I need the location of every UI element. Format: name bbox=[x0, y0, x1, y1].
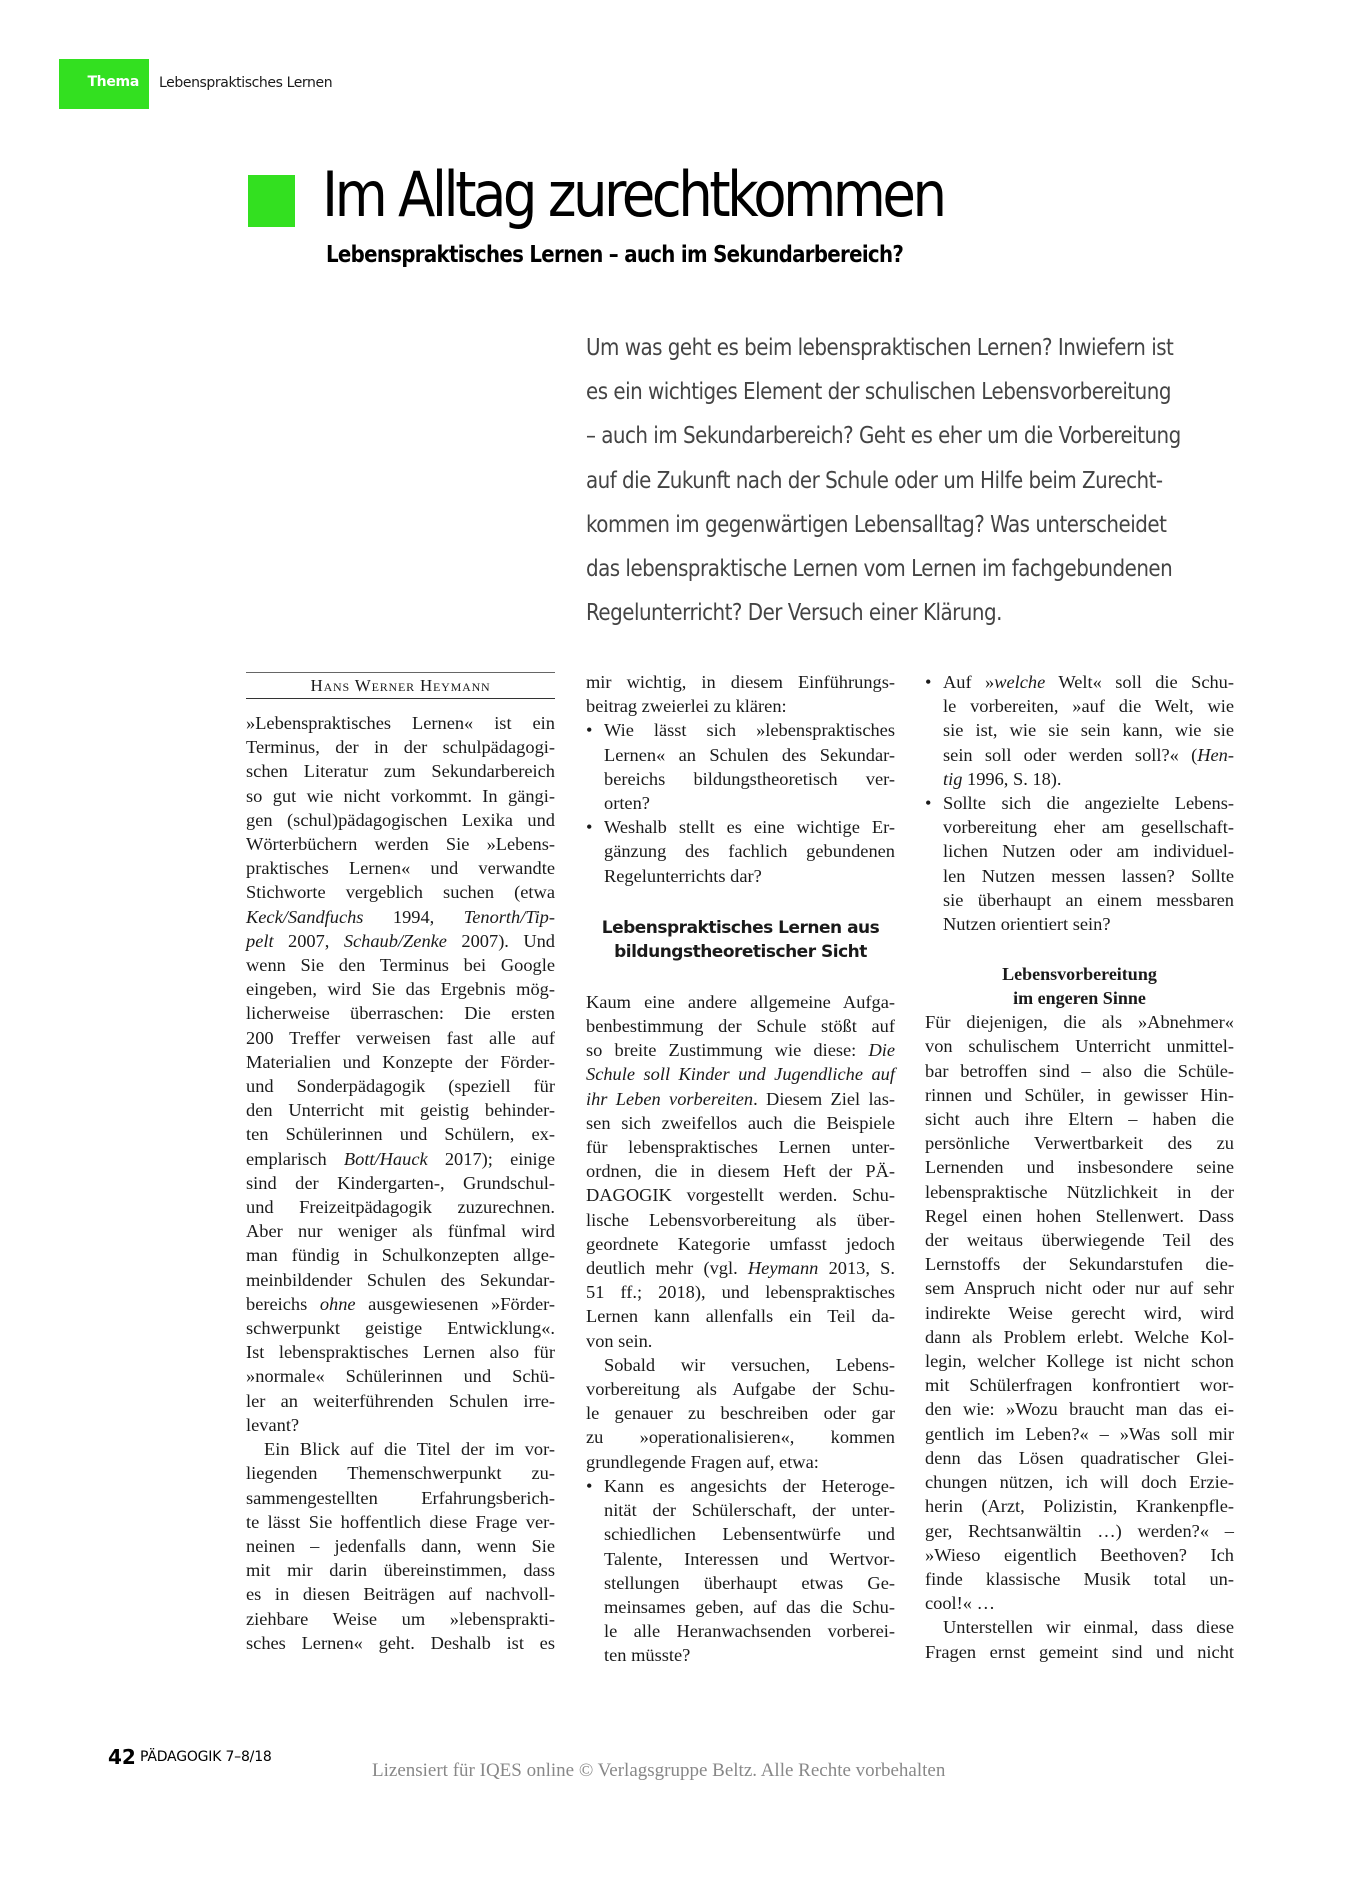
text-line: 51 ff.; 2018), und lebenspraktisches bbox=[586, 1280, 895, 1304]
text-line: meinsames geben, auf das die Schu- bbox=[604, 1595, 895, 1619]
text: Auf » bbox=[943, 672, 994, 692]
section-heading-line: Lebenspraktisches Lernen aus bbox=[586, 916, 895, 940]
bullet-icon: • bbox=[925, 791, 931, 815]
text-line: Nutzen orientiert sein? bbox=[943, 912, 1234, 936]
text-line: Lernstoffs der Sekundarstufen die- bbox=[925, 1252, 1234, 1276]
text-line: dann als Problem erlebt. Welche Kol- bbox=[925, 1325, 1234, 1349]
text-line: ziehbare Weise um »lebensprakti- bbox=[246, 1607, 555, 1631]
section-heading-line: bildungstheoretischer Sicht bbox=[586, 940, 895, 964]
list-item: • Wie lässt sich »lebenspraktisches Lern… bbox=[586, 718, 895, 815]
paragraph: Für diejenigen, die als »Abnehmer« von s… bbox=[925, 1010, 1234, 1615]
text-line: lebenspraktische Nützlichkeit in der bbox=[925, 1180, 1234, 1204]
text-line: Aber nur weniger als fünfmal wird bbox=[246, 1219, 555, 1243]
text-line: Sollte sich die angezielte Lebens- bbox=[943, 791, 1234, 815]
article-column-1: Hans Werner Heymann »Lebenspraktisches L… bbox=[246, 672, 555, 1655]
citation: tig bbox=[943, 769, 962, 789]
text-line: bereichs ohne ausgewiesenen »Förder- bbox=[246, 1292, 555, 1316]
title-square-icon bbox=[248, 175, 295, 227]
section-heading-line: im engeren Sinne bbox=[925, 986, 1234, 1010]
text-line: lische Lebensvorbereitung als über- bbox=[586, 1208, 895, 1232]
text: deutlich mehr (vgl. bbox=[586, 1258, 748, 1278]
text-line: indirekte Weise gerecht wird, wird bbox=[925, 1301, 1234, 1325]
text-line: Lernen kann allenfalls ein Teil da- bbox=[586, 1304, 895, 1328]
page-number: 42 bbox=[108, 1745, 136, 1769]
citation: Tenorth/Tip- bbox=[464, 907, 555, 927]
text-line: Ein Blick auf die Titel der im vor- bbox=[246, 1437, 555, 1461]
text-line: für lebenspraktisches Lernen unter- bbox=[586, 1135, 895, 1159]
text: emplarisch bbox=[246, 1149, 344, 1169]
text-line: legin, welcher Kollege ist nicht schon bbox=[925, 1349, 1234, 1373]
bullet-icon: • bbox=[925, 670, 931, 694]
text: sein soll oder werden soll?« ( bbox=[943, 745, 1197, 765]
text-line: zu »operationalisieren«, kommen bbox=[586, 1425, 895, 1449]
lead-line: Um was geht es beim lebenspraktischen Le… bbox=[586, 326, 1174, 370]
bullet-icon: • bbox=[586, 1474, 592, 1498]
text-line: mit Schülerfragen konfrontiert wor- bbox=[925, 1373, 1234, 1397]
lead-line: – auch im Sekundarbereich? Geht es eher … bbox=[586, 414, 1174, 458]
text-line: und Freizeitpädagogik zuzurechnen. bbox=[246, 1195, 555, 1219]
text-line: Kann es angesichts der Heteroge- bbox=[604, 1474, 895, 1498]
text-line: so gut wie nicht vorkommt. In gängi- bbox=[246, 784, 555, 808]
section-heading: Lebensvorbereitung im engeren Sinne bbox=[925, 962, 1234, 1010]
text-line: sein soll oder werden soll?« (Hen- bbox=[943, 743, 1234, 767]
license-notice: Lizensiert für IQES online © Verlagsgrup… bbox=[372, 1760, 945, 1782]
text-line: Lernenden und insbesondere seine bbox=[925, 1155, 1234, 1179]
text-line: stellungen überhaupt etwas Ge- bbox=[604, 1571, 895, 1595]
text-line: Keck/Sandfuchs 1994, Tenorth/Tip- bbox=[246, 905, 555, 929]
lead-line: kommen im gegenwärtigen Lebensalltag? Wa… bbox=[586, 503, 1174, 547]
text-line: beitrag zweierlei zu klären: bbox=[586, 694, 895, 718]
text-line: vorbereitung eher am gesellschaft- bbox=[943, 815, 1234, 839]
lead-line: das lebenspraktische Lernen vom Lernen i… bbox=[586, 547, 1174, 591]
text-line: Wie lässt sich »lebenspraktisches bbox=[604, 718, 895, 742]
text-line: sicht auch ihre Eltern – haben die bbox=[925, 1107, 1234, 1131]
section-tag: Thema bbox=[59, 59, 149, 109]
lead-line: es ein wichtiges Element der schulischen… bbox=[586, 370, 1174, 414]
text-line: schiedlichen Lebensentwürfe und bbox=[604, 1522, 895, 1546]
paragraph: Ein Blick auf die Titel der im vor- lieg… bbox=[246, 1437, 555, 1655]
text-line: finde klassische Musik total un- bbox=[925, 1567, 1234, 1591]
text-line: so breite Zustimmung wie diese: Die bbox=[586, 1038, 895, 1062]
text-line: ihr Leben vorbereiten. Diesem Ziel las- bbox=[586, 1087, 895, 1111]
bullet-list: • Wie lässt sich »lebenspraktisches Lern… bbox=[586, 718, 895, 887]
emphasis: Die bbox=[868, 1040, 895, 1060]
text-line: deutlich mehr (vgl. Heymann 2013, S. bbox=[586, 1256, 895, 1280]
text-line: le vorbereiten, »auf die Welt, wie bbox=[943, 694, 1234, 718]
text-line: emplarisch Bott/Hauck 2017); einige bbox=[246, 1147, 555, 1171]
emphasis: ohne bbox=[320, 1294, 356, 1314]
text-line: ler an weiterführenden Schulen irre- bbox=[246, 1389, 555, 1413]
text-line: denn das Lösen quadratischer Glei- bbox=[925, 1446, 1234, 1470]
text-line: meinbildender Schulen des Sekundar- bbox=[246, 1268, 555, 1292]
article-title: Im Alltag zurechtkommen bbox=[322, 158, 944, 231]
article-column-2: mir wichtig, in diesem Einführungs- beit… bbox=[586, 670, 895, 1668]
text: 2017); einige bbox=[428, 1149, 555, 1169]
text-line: sen sich zweifellos auch die Beispiele bbox=[586, 1111, 895, 1135]
citation: Hen- bbox=[1197, 745, 1234, 765]
text-line: DAGOGIK vorgestellt werden. Schu- bbox=[586, 1183, 895, 1207]
text-line: Materialien und Konzepte der Förder- bbox=[246, 1050, 555, 1074]
citation: Heymann bbox=[748, 1258, 818, 1278]
text-line: licherweise überraschen: Die ersten bbox=[246, 1001, 555, 1025]
text-line: sie ist, wie sie sein kann, wie sie bbox=[943, 718, 1234, 742]
text: 1994, bbox=[363, 907, 463, 927]
text-line: geordnete Kategorie umfasst jedoch bbox=[586, 1232, 895, 1256]
text-line: Lernen« an Schulen des Sekundar- bbox=[604, 743, 895, 767]
text-line: Kaum eine andere allgemeine Aufga- bbox=[586, 990, 895, 1014]
text: 2007, bbox=[274, 931, 344, 951]
text-line: sem Anspruch nicht oder nur auf sehr bbox=[925, 1276, 1234, 1300]
text-line: len Nutzen messen lassen? Sollte bbox=[943, 864, 1234, 888]
text-line: cool!« … bbox=[925, 1591, 1234, 1615]
article-subtitle: Lebenspraktisches Lernen – auch im Sekun… bbox=[326, 242, 903, 268]
text-line: neinen – jedenfalls dann, wenn Sie bbox=[246, 1534, 555, 1558]
text-line: wenn Sie den Terminus bei Google bbox=[246, 953, 555, 977]
article-lead: Um was geht es beim lebenspraktischen Le… bbox=[586, 326, 1266, 635]
text-line: von schulischem Unterricht unmittel- bbox=[925, 1034, 1234, 1058]
citation: Bott/Hauck bbox=[344, 1149, 428, 1169]
text-line: rinnen und Schüler, in gewisser Hin- bbox=[925, 1083, 1234, 1107]
paragraph: Kaum eine andere allgemeine Aufga- benbe… bbox=[586, 990, 895, 1353]
paragraph: mir wichtig, in diesem Einführungs- beit… bbox=[586, 670, 895, 718]
text: 2013, S. bbox=[818, 1258, 895, 1278]
paragraph: Unterstellen wir einmal, dass diese Frag… bbox=[925, 1615, 1234, 1663]
text-line: Regel einen hohen Stellenwert. Dass bbox=[925, 1204, 1234, 1228]
citation: Keck/Sandfuchs bbox=[246, 907, 363, 927]
text-line: von sein. bbox=[586, 1329, 895, 1353]
bullet-icon: • bbox=[586, 718, 592, 742]
text-line: grundlegende Fragen auf, etwa: bbox=[586, 1450, 895, 1474]
text-line: levant? bbox=[246, 1413, 555, 1437]
citation: Schaub/Zenke bbox=[344, 931, 447, 951]
text-line: sind der Kindergarten-, Grundschul- bbox=[246, 1171, 555, 1195]
text: Welt« soll die Schu- bbox=[1045, 672, 1234, 692]
citation: pelt bbox=[246, 931, 274, 951]
list-item: • Kann es angesichts der Heteroge- nität… bbox=[586, 1474, 895, 1668]
text-line: mir wichtig, in diesem Einführungs- bbox=[586, 670, 895, 694]
text-line: mit mir darin übereinstimmen, dass bbox=[246, 1558, 555, 1582]
text-line: man fündig in Schulkonzepten allge- bbox=[246, 1243, 555, 1267]
text-line: vorbereitung als Aufgabe der Schu- bbox=[586, 1377, 895, 1401]
text-line: »Lebenspraktisches Lernen« ist ein bbox=[246, 711, 555, 735]
text-line: bereichs bildungstheoretisch ver- bbox=[604, 767, 895, 791]
text-line: liegenden Themenschwerpunkt zu- bbox=[246, 1461, 555, 1485]
article-column-3: • Auf »welche Welt« soll die Schu- le vo… bbox=[925, 670, 1234, 1664]
text: 1996, S. 18). bbox=[962, 769, 1061, 789]
text: so breite Zustimmung wie diese: bbox=[586, 1040, 868, 1060]
text-line: »Wieso eigentlich Beethoven? Ich bbox=[925, 1543, 1234, 1567]
text-line: ten müsste? bbox=[604, 1643, 895, 1667]
text-line: praktisches Lernen« und verwandte bbox=[246, 856, 555, 880]
text-line: Regelunterrichts dar? bbox=[604, 864, 895, 888]
text: bereichs bbox=[246, 1294, 320, 1314]
text-line: den Unterricht mit geistig behinder- bbox=[246, 1098, 555, 1122]
text-line: bar betroffen sind – also die Schüle- bbox=[925, 1059, 1234, 1083]
author-byline: Hans Werner Heymann bbox=[246, 672, 555, 699]
text-line: Fragen ernst gemeint sind und nicht bbox=[925, 1640, 1234, 1664]
text-line: orten? bbox=[604, 791, 895, 815]
bullet-list: • Auf »welche Welt« soll die Schu- le vo… bbox=[925, 670, 1234, 936]
text-line: Weshalb stellt es eine wichtige Er- bbox=[604, 815, 895, 839]
emphasis: Schule soll Kinder und Jugendliche auf bbox=[586, 1064, 895, 1084]
text-line: Wörterbüchern werden Sie »Lebens- bbox=[246, 832, 555, 856]
text-line: herin (Arzt, Polizistin, Krankenpfle- bbox=[925, 1494, 1234, 1518]
text: . Diesem Ziel las- bbox=[753, 1089, 895, 1109]
text-line: gänzung des fachlich gebundenen bbox=[604, 839, 895, 863]
text-line: Stichworte vergeblich suchen (etwa bbox=[246, 880, 555, 904]
text-line: 200 Treffer verweisen fast alle auf bbox=[246, 1026, 555, 1050]
text: ausgewiesenen »Förder- bbox=[356, 1294, 555, 1314]
text-line: sches Lernen« geht. Deshalb ist es bbox=[246, 1631, 555, 1655]
text-line: nität der Schülerschaft, der unter- bbox=[604, 1498, 895, 1522]
text-line: sie überhaupt an einem messbaren bbox=[943, 888, 1234, 912]
text-line: Talente, Interessen und Wertvor- bbox=[604, 1547, 895, 1571]
text-line: ten Schülerinnen und Schülern, ex- bbox=[246, 1122, 555, 1146]
text-line: Ist lebenspraktisches Lernen also für bbox=[246, 1340, 555, 1364]
section-heading-line: Lebensvorbereitung bbox=[925, 962, 1234, 986]
section-tag-label: Thema bbox=[87, 74, 139, 90]
text: 2007). Und bbox=[447, 931, 555, 951]
text-line: Sobald wir versuchen, Lebens- bbox=[586, 1353, 895, 1377]
paragraph: Sobald wir versuchen, Lebens- vorbereitu… bbox=[586, 1353, 895, 1474]
list-item: • Auf »welche Welt« soll die Schu- le vo… bbox=[925, 670, 1234, 791]
emphasis: welche bbox=[994, 672, 1045, 692]
text-line: le alle Heranwachsenden vorberei- bbox=[604, 1619, 895, 1643]
text-line: lichen Nutzen oder am individuel- bbox=[943, 839, 1234, 863]
text-line: ordnen, die in diesem Heft der PÄ- bbox=[586, 1159, 895, 1183]
emphasis: ihr Leben vorbereiten bbox=[586, 1089, 753, 1109]
text-line: gentlich im Leben?« – »Was soll mir bbox=[925, 1422, 1234, 1446]
text-line: chungen nützen, ich will doch Erzie- bbox=[925, 1470, 1234, 1494]
text-line: der weitaus überwiegende Teil des bbox=[925, 1228, 1234, 1252]
text-line: persönliche Verwertbarkeit des zu bbox=[925, 1131, 1234, 1155]
text-line: Für diejenigen, die als »Abnehmer« bbox=[925, 1010, 1234, 1034]
section-heading: Lebenspraktisches Lernen aus bildungsthe… bbox=[586, 916, 895, 964]
text-line: le genauer zu beschreiben oder gar bbox=[586, 1401, 895, 1425]
text-line: te lässt Sie hoffentlich diese Frage ver… bbox=[246, 1510, 555, 1534]
text-line: tig 1996, S. 18). bbox=[943, 767, 1234, 791]
text-line: Terminus, der in der schulpädagogi- bbox=[246, 735, 555, 759]
text-line: ger, Rechtsanwältin …) werden?« – bbox=[925, 1519, 1234, 1543]
text-line: gen (schul)pädagogischen Lexika und bbox=[246, 808, 555, 832]
text-line: Auf »welche Welt« soll die Schu- bbox=[943, 670, 1234, 694]
list-item: • Sollte sich die angezielte Lebens- vor… bbox=[925, 791, 1234, 936]
bullet-icon: • bbox=[586, 815, 592, 839]
text-line: und Sonderpädagogik (speziell für bbox=[246, 1074, 555, 1098]
text-line: schwerpunkt geistige Entwicklung«. bbox=[246, 1316, 555, 1340]
bullet-list: • Kann es angesichts der Heteroge- nität… bbox=[586, 1474, 895, 1668]
section-topic: Lebenspraktisches Lernen bbox=[159, 75, 332, 91]
text-line: es in diesen Beiträgen auf nachvoll- bbox=[246, 1582, 555, 1606]
magazine-issue: PÄDAGOGIK 7–8/18 bbox=[140, 1749, 272, 1765]
text-line: Schule soll Kinder und Jugendliche auf bbox=[586, 1062, 895, 1086]
text-line: Unterstellen wir einmal, dass diese bbox=[925, 1615, 1234, 1639]
text-line: schen Literatur zum Sekundarbereich bbox=[246, 759, 555, 783]
text-line: pelt 2007, Schaub/Zenke 2007). Und bbox=[246, 929, 555, 953]
text-line: sammengestellten Erfahrungsberich- bbox=[246, 1486, 555, 1510]
text-line: eingeben, wird Sie das Ergebnis mög- bbox=[246, 977, 555, 1001]
text-line: benbestimmung der Schule stößt auf bbox=[586, 1014, 895, 1038]
text-line: den wie: »Wozu braucht man das ei- bbox=[925, 1397, 1234, 1421]
list-item: • Weshalb stellt es eine wichtige Er- gä… bbox=[586, 815, 895, 888]
text-line: »normale« Schülerinnen und Schü- bbox=[246, 1364, 555, 1388]
paragraph: »Lebenspraktisches Lernen« ist ein Termi… bbox=[246, 711, 555, 1437]
lead-line: auf die Zukunft nach der Schule oder um … bbox=[586, 459, 1174, 503]
lead-line: Regelunterricht? Der Versuch einer Kläru… bbox=[586, 591, 1174, 635]
